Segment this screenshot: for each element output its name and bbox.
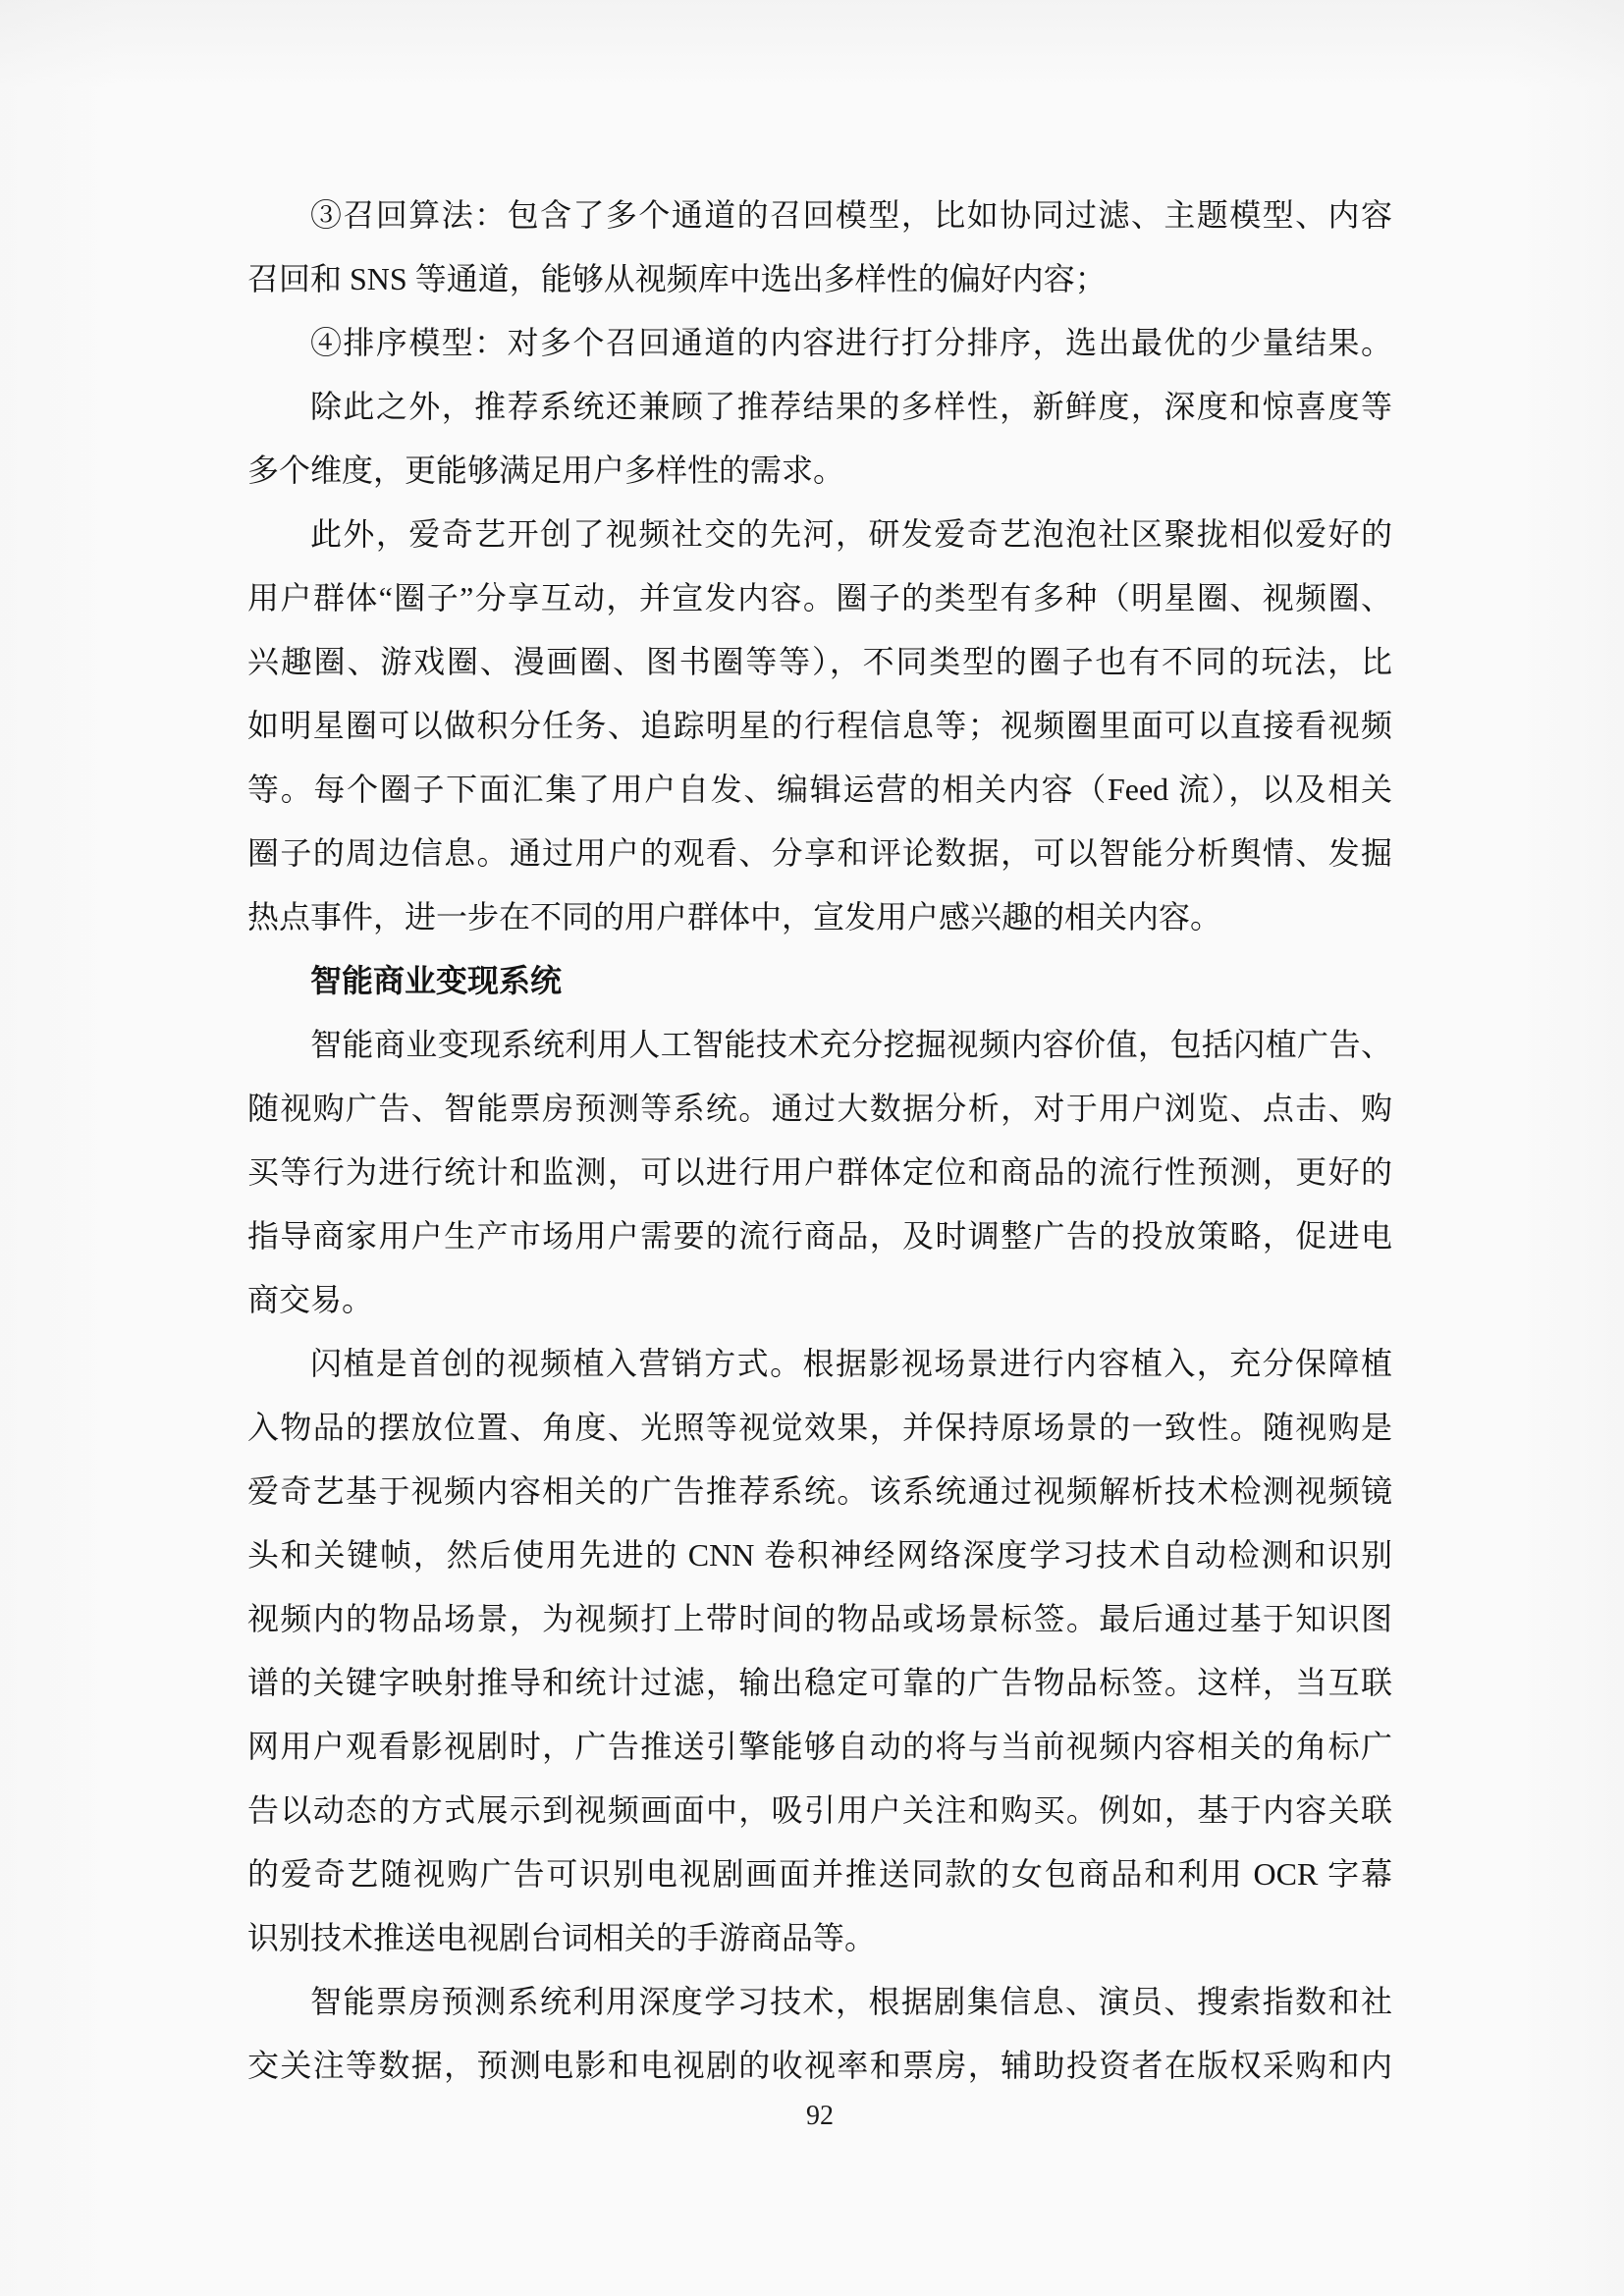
text-line: 闪植是首创的视频植入营销方式。根据影视场景进行内容植入，充分保障植 [247,1332,1392,1396]
text-line: 指导商家用户生产市场用户需要的流行商品，及时调整广告的投放策略，促进电 [247,1204,1392,1268]
document-page: ③召回算法：包含了多个通道的召回模型，比如协同过滤、主题模型、内容召回和 SNS… [0,0,1624,2296]
text-line: 如明星圈可以做积分任务、追踪明星的行程信息等；视频圈里面可以直接看视频 [247,694,1392,758]
text-line: 头和关键帧，然后使用先进的 CNN 卷积神经网络深度学习技术自动检测和识别 [247,1523,1392,1587]
text-line: 等。每个圈子下面汇集了用户自发、编辑运营的相关内容（Feed 流），以及相关 [247,758,1392,822]
text-line: 用户群体“圈子”分享互动，并宣发内容。圈子的类型有多种（明星圈、视频圈、 [247,566,1392,630]
text-line: 买等行为进行统计和监测，可以进行用户群体定位和商品的流行性预测，更好的 [247,1141,1392,1204]
text-line: 多个维度，更能够满足用户多样性的需求。 [247,439,1392,503]
text-line: 兴趣圈、游戏圈、漫画圈、图书圈等等），不同类型的圈子也有不同的玩法，比 [247,630,1392,694]
section-heading: 智能商业变现系统 [247,949,1392,1013]
text-line: 视频内的物品场景，为视频打上带时间的物品或场景标签。最后通过基于知识图 [247,1587,1392,1651]
text-line: 圈子的周边信息。通过用户的观看、分享和评论数据，可以智能分析舆情、发掘 [247,822,1392,885]
text-line: 智能商业变现系统利用人工智能技术充分挖掘视频内容价值，包括闪植广告、 [247,1013,1392,1077]
text-line: 智能票房预测系统利用深度学习技术，根据剧集信息、演员、搜索指数和社 [247,1970,1392,2034]
text-line: 入物品的摆放位置、角度、光照等视觉效果，并保持原场景的一致性。随视购是 [247,1396,1392,1460]
document-body: ③召回算法：包含了多个通道的召回模型，比如协同过滤、主题模型、内容召回和 SNS… [247,184,1392,2098]
text-line: 谱的关键字映射推导和统计过滤，输出稳定可靠的广告物品标签。这样，当互联 [247,1651,1392,1715]
text-line: 的爱奇艺随视购广告可识别电视剧画面并推送同款的女包商品和利用 OCR 字幕 [247,1842,1392,1906]
text-line: ④排序模型：对多个召回通道的内容进行打分排序，选出最优的少量结果。 [247,311,1392,375]
text-line: 告以动态的方式展示到视频画面中，吸引用户关注和购买。例如，基于内容关联 [247,1779,1392,1842]
page-number: 92 [247,2097,1392,2136]
text-line: ③召回算法：包含了多个通道的召回模型，比如协同过滤、主题模型、内容 [247,184,1392,247]
text-line: 随视购广告、智能票房预测等系统。通过大数据分析，对于用户浏览、点击、购 [247,1077,1392,1141]
text-line: 交关注等数据，预测电影和电视剧的收视率和票房，辅助投资者在版权采购和内 [247,2034,1392,2098]
text-line: 此外，爱奇艺开创了视频社交的先河，研发爱奇艺泡泡社区聚拢相似爱好的 [247,503,1392,566]
text-line: 召回和 SNS 等通道，能够从视频库中选出多样性的偏好内容； [247,247,1392,311]
text-line: 热点事件，进一步在不同的用户群体中，宣发用户感兴趣的相关内容。 [247,885,1392,949]
text-line: 除此之外，推荐系统还兼顾了推荐结果的多样性，新鲜度，深度和惊喜度等 [247,375,1392,439]
text-line: 识别技术推送电视剧台词相关的手游商品等。 [247,1906,1392,1970]
text-line: 网用户观看影视剧时，广告推送引擎能够自动的将与当前视频内容相关的角标广 [247,1715,1392,1779]
text-line: 爱奇艺基于视频内容相关的广告推荐系统。该系统通过视频解析技术检测视频镜 [247,1460,1392,1523]
text-line: 商交易。 [247,1268,1392,1332]
